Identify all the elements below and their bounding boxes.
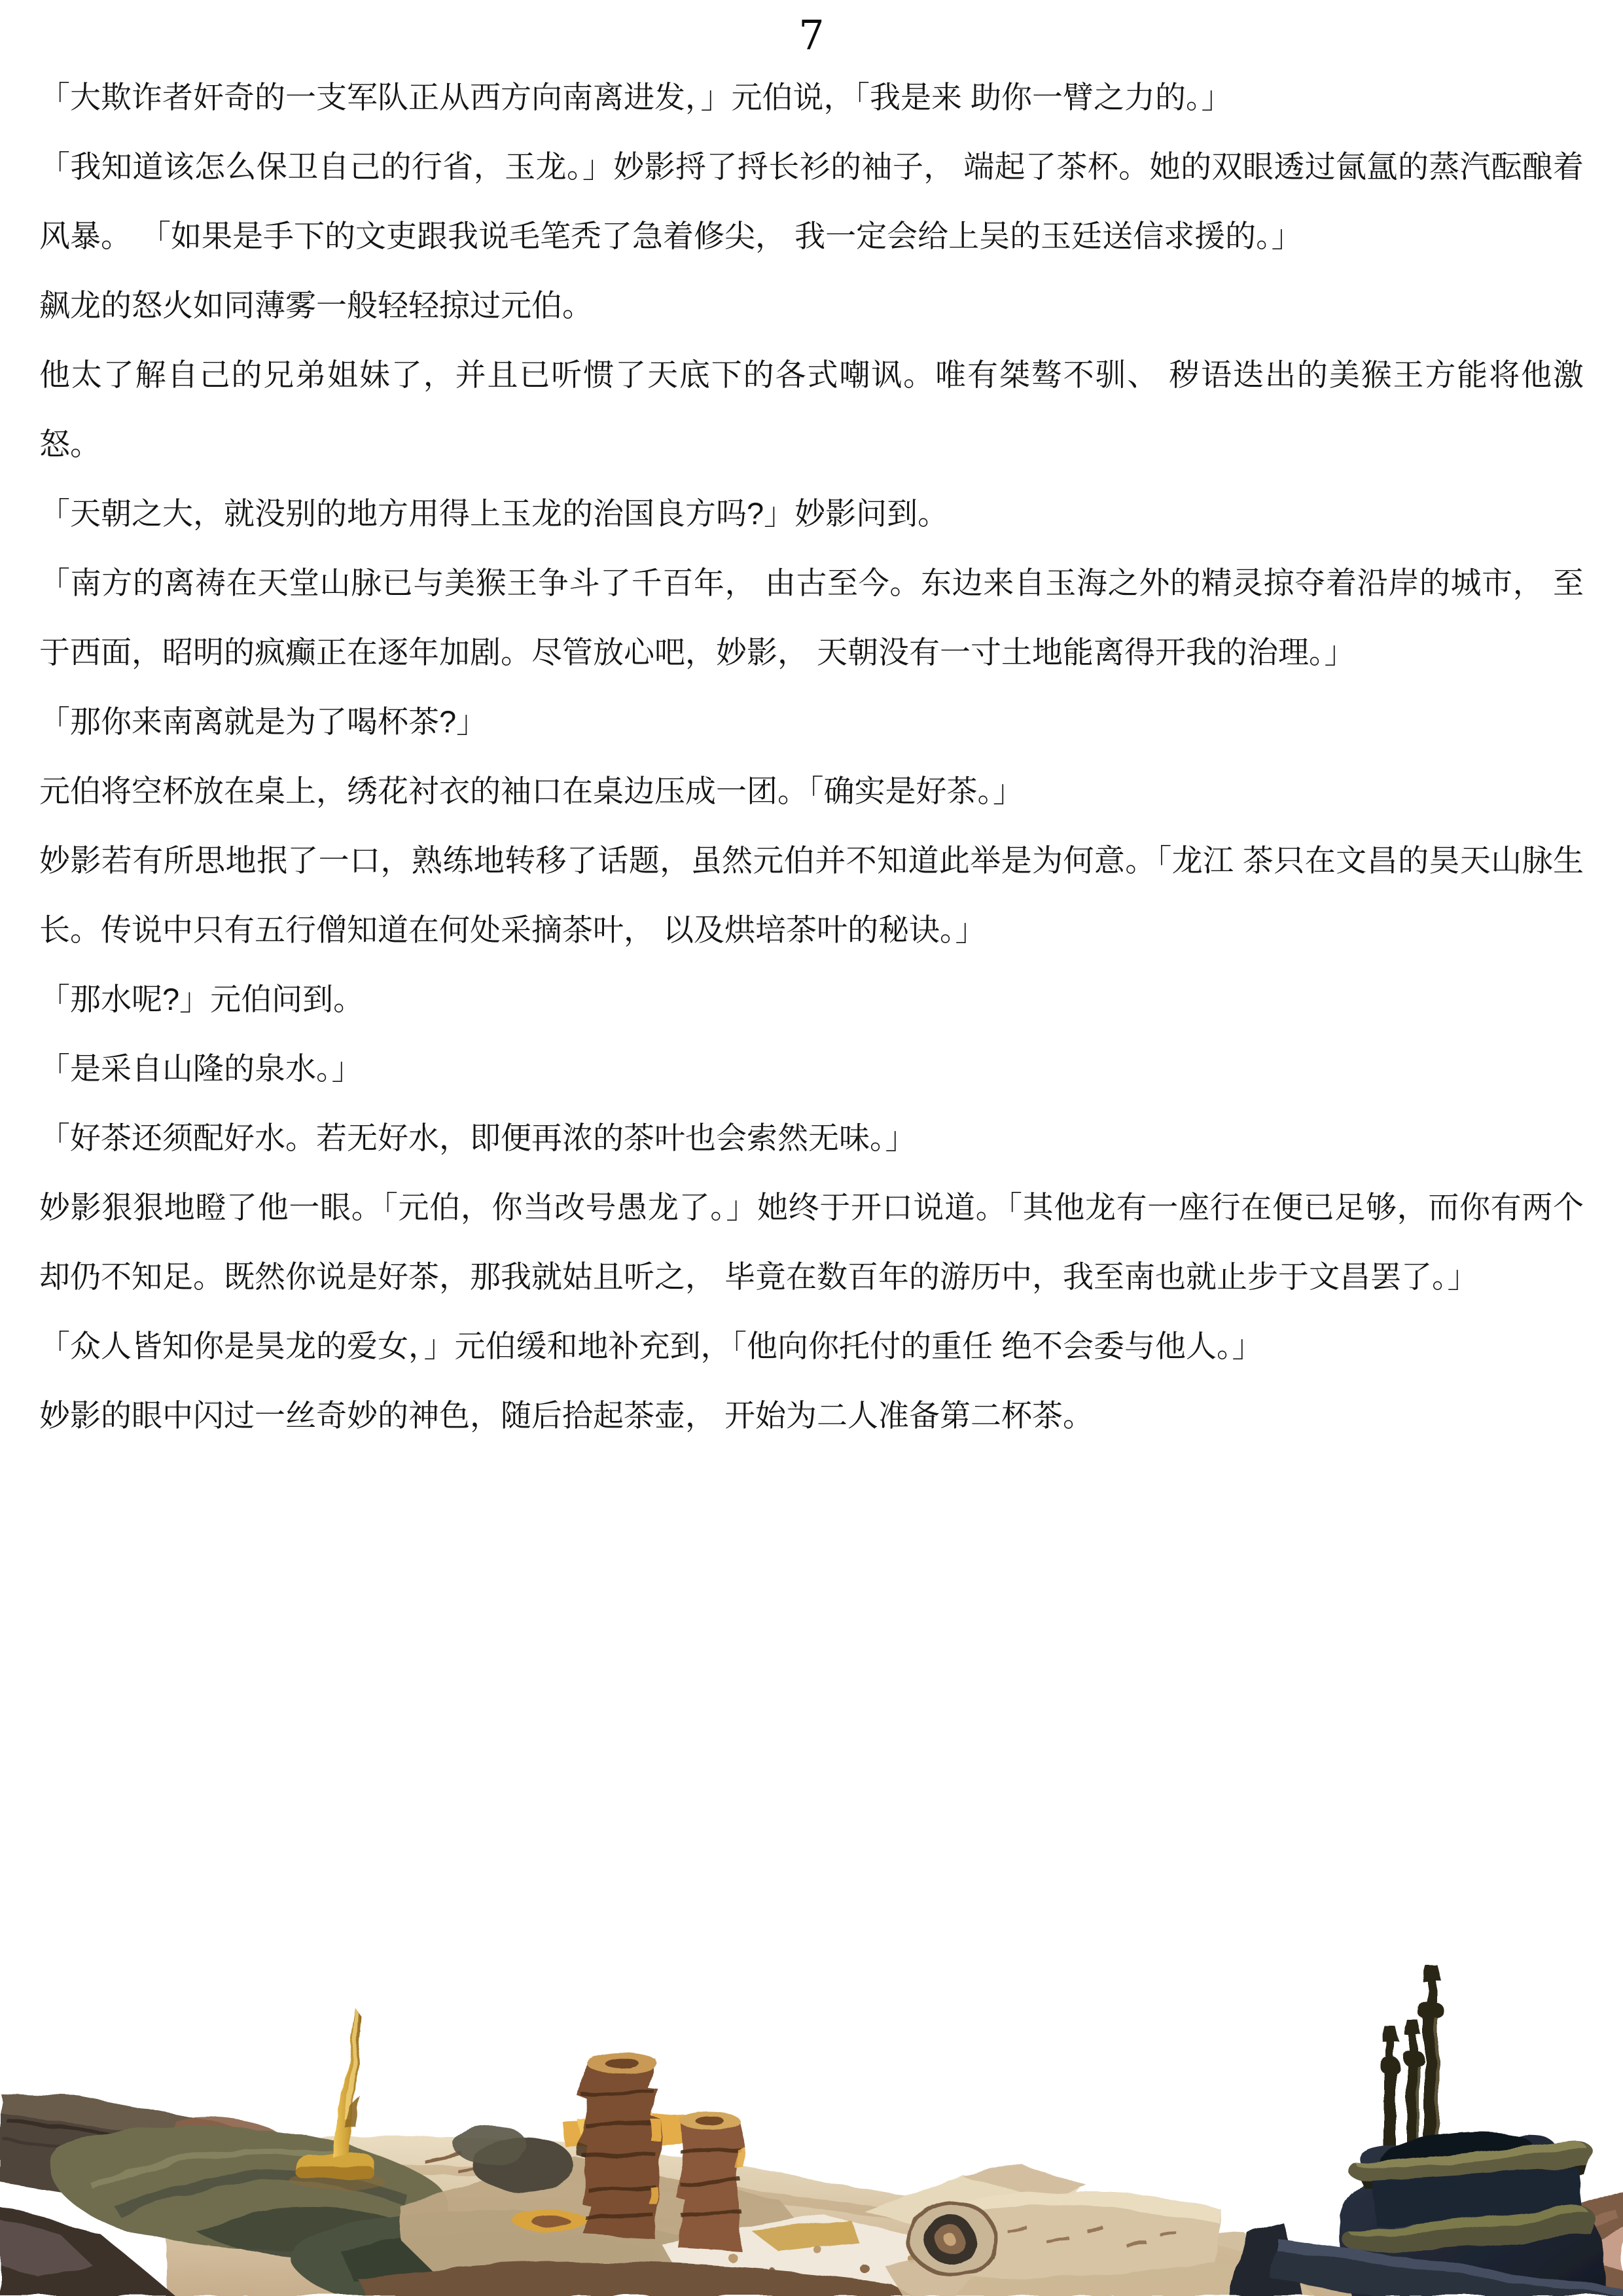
coin-stack-short [675, 2111, 745, 2251]
page-body-text: 「大欺诈者奸奇的一支军队正从西方向南离进发，」元伯说，「我是来 助你一臂之力的。… [39, 63, 1584, 1450]
paragraph: 「那水呢?」元伯问到。 [39, 965, 1584, 1034]
ink-stone [453, 2125, 526, 2164]
coin-stack-tall [579, 2053, 662, 2238]
book-page: 7 「大欺诈者奸奇的一支军队正从西方向南离进发，」元伯说，「我是来 助你一臂之力… [0, 0, 1623, 2296]
paragraph: 「众人皆知你是昊龙的爱女，」元伯缓和地补充到，「他向你托付的重任 绝不会委与他人… [39, 1312, 1584, 1381]
paragraph: 「大欺诈者奸奇的一支军队正从西方向南离进发，」元伯说，「我是来 助你一臂之力的。… [39, 63, 1584, 132]
gold-brush [290, 2008, 384, 2189]
paragraph: 他太了解自己的兄弟姐妹了，并且已听惯了天底下的各式嘲讽。唯有桀骜不驯、 秽语迭出… [39, 340, 1584, 479]
paragraph: 「那你来南离就是为了喝杯茶?」 [39, 687, 1584, 757]
paragraph: 妙影的眼中闪过一丝奇妙的神色，随后拾起茶壶， 开始为二人准备第二杯茶。 [39, 1381, 1584, 1450]
paragraph: 元伯将空杯放在桌上，绣花衬衣的袖口在桌边压成一团。「确实是好茶。」 [39, 757, 1584, 826]
paragraph: 飙龙的怒火如同薄雾一般轻轻掠过元伯。 [39, 271, 1584, 340]
paragraph: 「是采自山隆的泉水。」 [39, 1034, 1584, 1103]
paragraph: 「我知道该怎么保卫自己的行省，玉龙。」妙影捋了捋长衫的袖子， 端起了茶杯。她的双… [39, 132, 1584, 271]
watercolor-desk-illustration [0, 1924, 1623, 2296]
paragraph: 「南方的离祷在天堂山脉已与美猴王争斗了千百年， 由古至今。东边来自玉海之外的精灵… [39, 548, 1584, 687]
page-number: 7 [0, 12, 1623, 58]
scroll [909, 2191, 1222, 2277]
paragraph: 「好茶还须配好水。若无好水，即便再浓的茶叶也会索然无味。」 [39, 1103, 1584, 1173]
ink-pot [1230, 1965, 1623, 2296]
paragraph: 妙影若有所思地抿了一口，熟练地转移了话题，虽然元伯并不知道此举是为何意。「龙江 … [39, 826, 1584, 965]
paragraph: 「天朝之大，就没别的地方用得上玉龙的治国良方吗?」妙影问到。 [39, 479, 1584, 548]
paragraph: 妙影狠狠地瞪了他一眼。「元伯，你当改号愚龙了。」她终于开口说道。「其他龙有一座行… [39, 1173, 1584, 1312]
